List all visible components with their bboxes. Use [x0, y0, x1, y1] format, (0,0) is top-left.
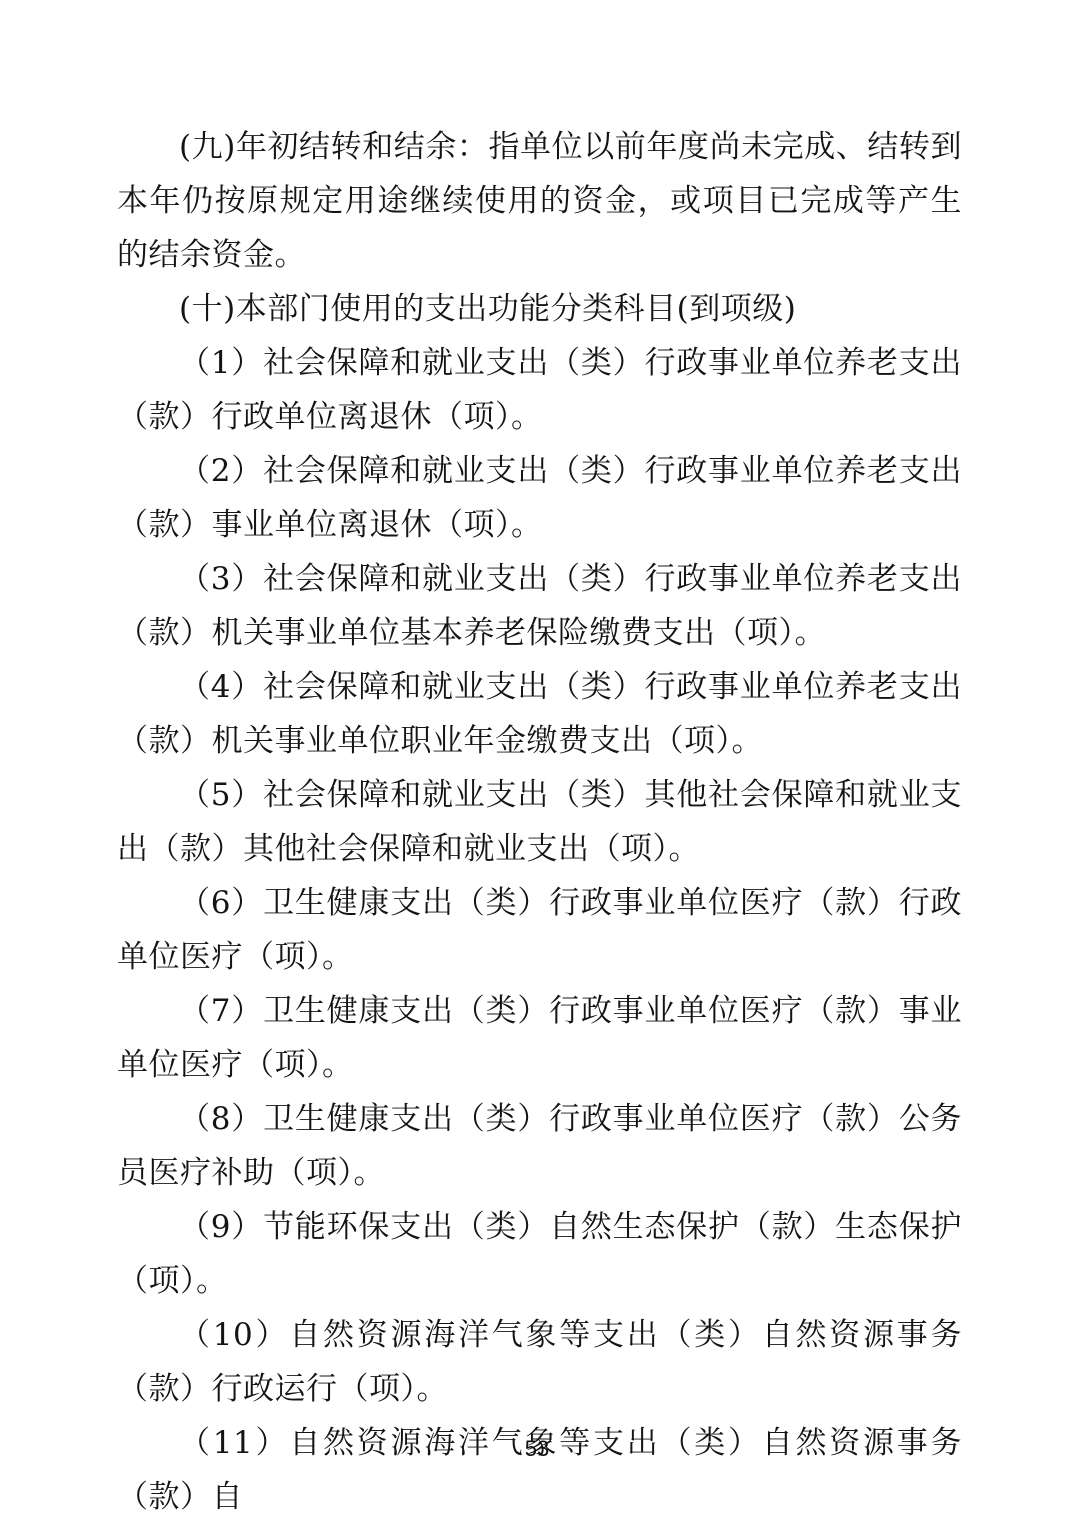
page-number: 53: [0, 1436, 1074, 1462]
list-item-5: （5）社会保障和就业支出（类）其他社会保障和就业支出（款）其他社会保障和就业支出…: [117, 768, 962, 876]
paragraph-9-intro: (九)年初结转和结余：指单位以前年度尚未完成、结转到本年仍按原规定用途继续使用的…: [117, 120, 962, 282]
list-item-7: （7）卫生健康支出（类）行政事业单位医疗（款）事业单位医疗（项）。: [117, 984, 962, 1092]
list-item-11: （11）自然资源海洋气象等支出（类）自然资源事务（款）自: [117, 1416, 962, 1520]
list-item-2: （2）社会保障和就业支出（类）行政事业单位养老支出（款）事业单位离退休（项）。: [117, 444, 962, 552]
list-item-8: （8）卫生健康支出（类）行政事业单位医疗（款）公务员医疗补助（项）。: [117, 1092, 962, 1200]
document-body: (九)年初结转和结余：指单位以前年度尚未完成、结转到本年仍按原规定用途继续使用的…: [117, 120, 962, 1520]
list-item-10: （10）自然资源海洋气象等支出（类）自然资源事务（款）行政运行（项）。: [117, 1308, 962, 1416]
document-page: (九)年初结转和结余：指单位以前年度尚未完成、结转到本年仍按原规定用途继续使用的…: [0, 0, 1074, 1520]
list-item-6: （6）卫生健康支出（类）行政事业单位医疗（款）行政单位医疗（项）。: [117, 876, 962, 984]
list-item-1: （1）社会保障和就业支出（类）行政事业单位养老支出（款）行政单位离退休（项）。: [117, 336, 962, 444]
list-item-3: （3）社会保障和就业支出（类）行政事业单位养老支出（款）机关事业单位基本养老保险…: [117, 552, 962, 660]
list-item-9: （9）节能环保支出（类）自然生态保护（款）生态保护（项）。: [117, 1200, 962, 1308]
list-item-4: （4）社会保障和就业支出（类）行政事业单位养老支出（款）机关事业单位职业年金缴费…: [117, 660, 962, 768]
paragraph-10-heading: (十)本部门使用的支出功能分类科目(到项级): [117, 282, 962, 336]
